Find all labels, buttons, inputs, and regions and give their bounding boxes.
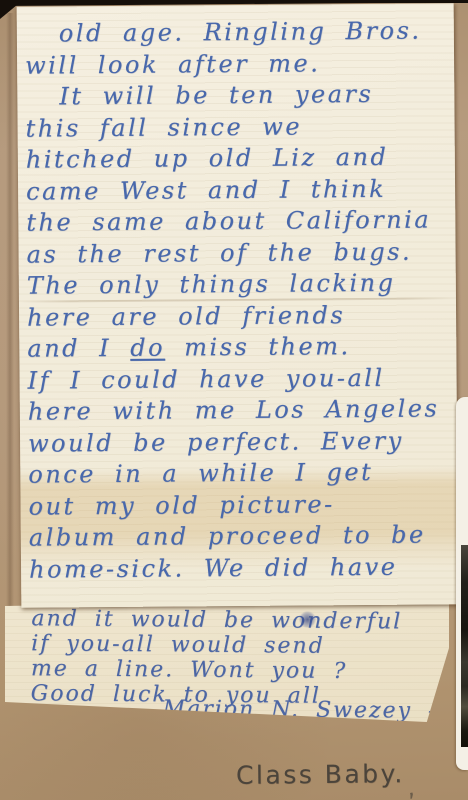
photo-edge <box>456 397 468 770</box>
handwriting-line: here with me Los Angeles <box>28 393 453 428</box>
handwriting-line: home-sick. We did have <box>29 551 454 586</box>
handwriting-line: once in a while I get <box>28 456 453 491</box>
handwriting-line: and I do miss them. <box>27 330 452 365</box>
handwriting-line: If I could have you-all <box>27 362 452 397</box>
kraft-paper-crease <box>6 13 14 613</box>
handwriting-line: out my old picture- <box>28 488 453 523</box>
class-baby-caption: Class Baby. <box>236 759 405 790</box>
handwriting-line: would be perfect. Every <box>28 425 453 460</box>
handwriting-line: this fall since we <box>25 110 450 145</box>
handwriting-line: the same about California <box>26 204 451 239</box>
handwriting-line: came West and I think <box>26 173 451 208</box>
photo-image <box>461 545 468 747</box>
handwriting-line: It will be ten years <box>25 78 450 113</box>
handwriting-line: if you-all would send <box>31 631 443 660</box>
letter-page: old age. Ringling Bros.will look after m… <box>17 3 459 607</box>
handwriting-line: me a line. Wont you ? <box>31 656 443 685</box>
handwriting-line: and it would be wonderful <box>31 606 443 635</box>
letter-handwriting-block: old age. Ringling Bros.will look after m… <box>25 15 454 585</box>
handwriting-line: as the rest of the bugs. <box>26 236 451 271</box>
handwriting-line: album and proceed to be <box>29 519 454 554</box>
handwriting-line: The only things lacking <box>27 267 452 302</box>
handwriting-line: will look after me. <box>25 47 450 82</box>
handwriting-line: hitched up old Liz and <box>26 141 451 176</box>
ink-blot <box>299 611 316 628</box>
handwriting-line: old age. Ringling Bros. <box>25 15 450 50</box>
handwriting-line: here are old friends <box>27 299 452 334</box>
